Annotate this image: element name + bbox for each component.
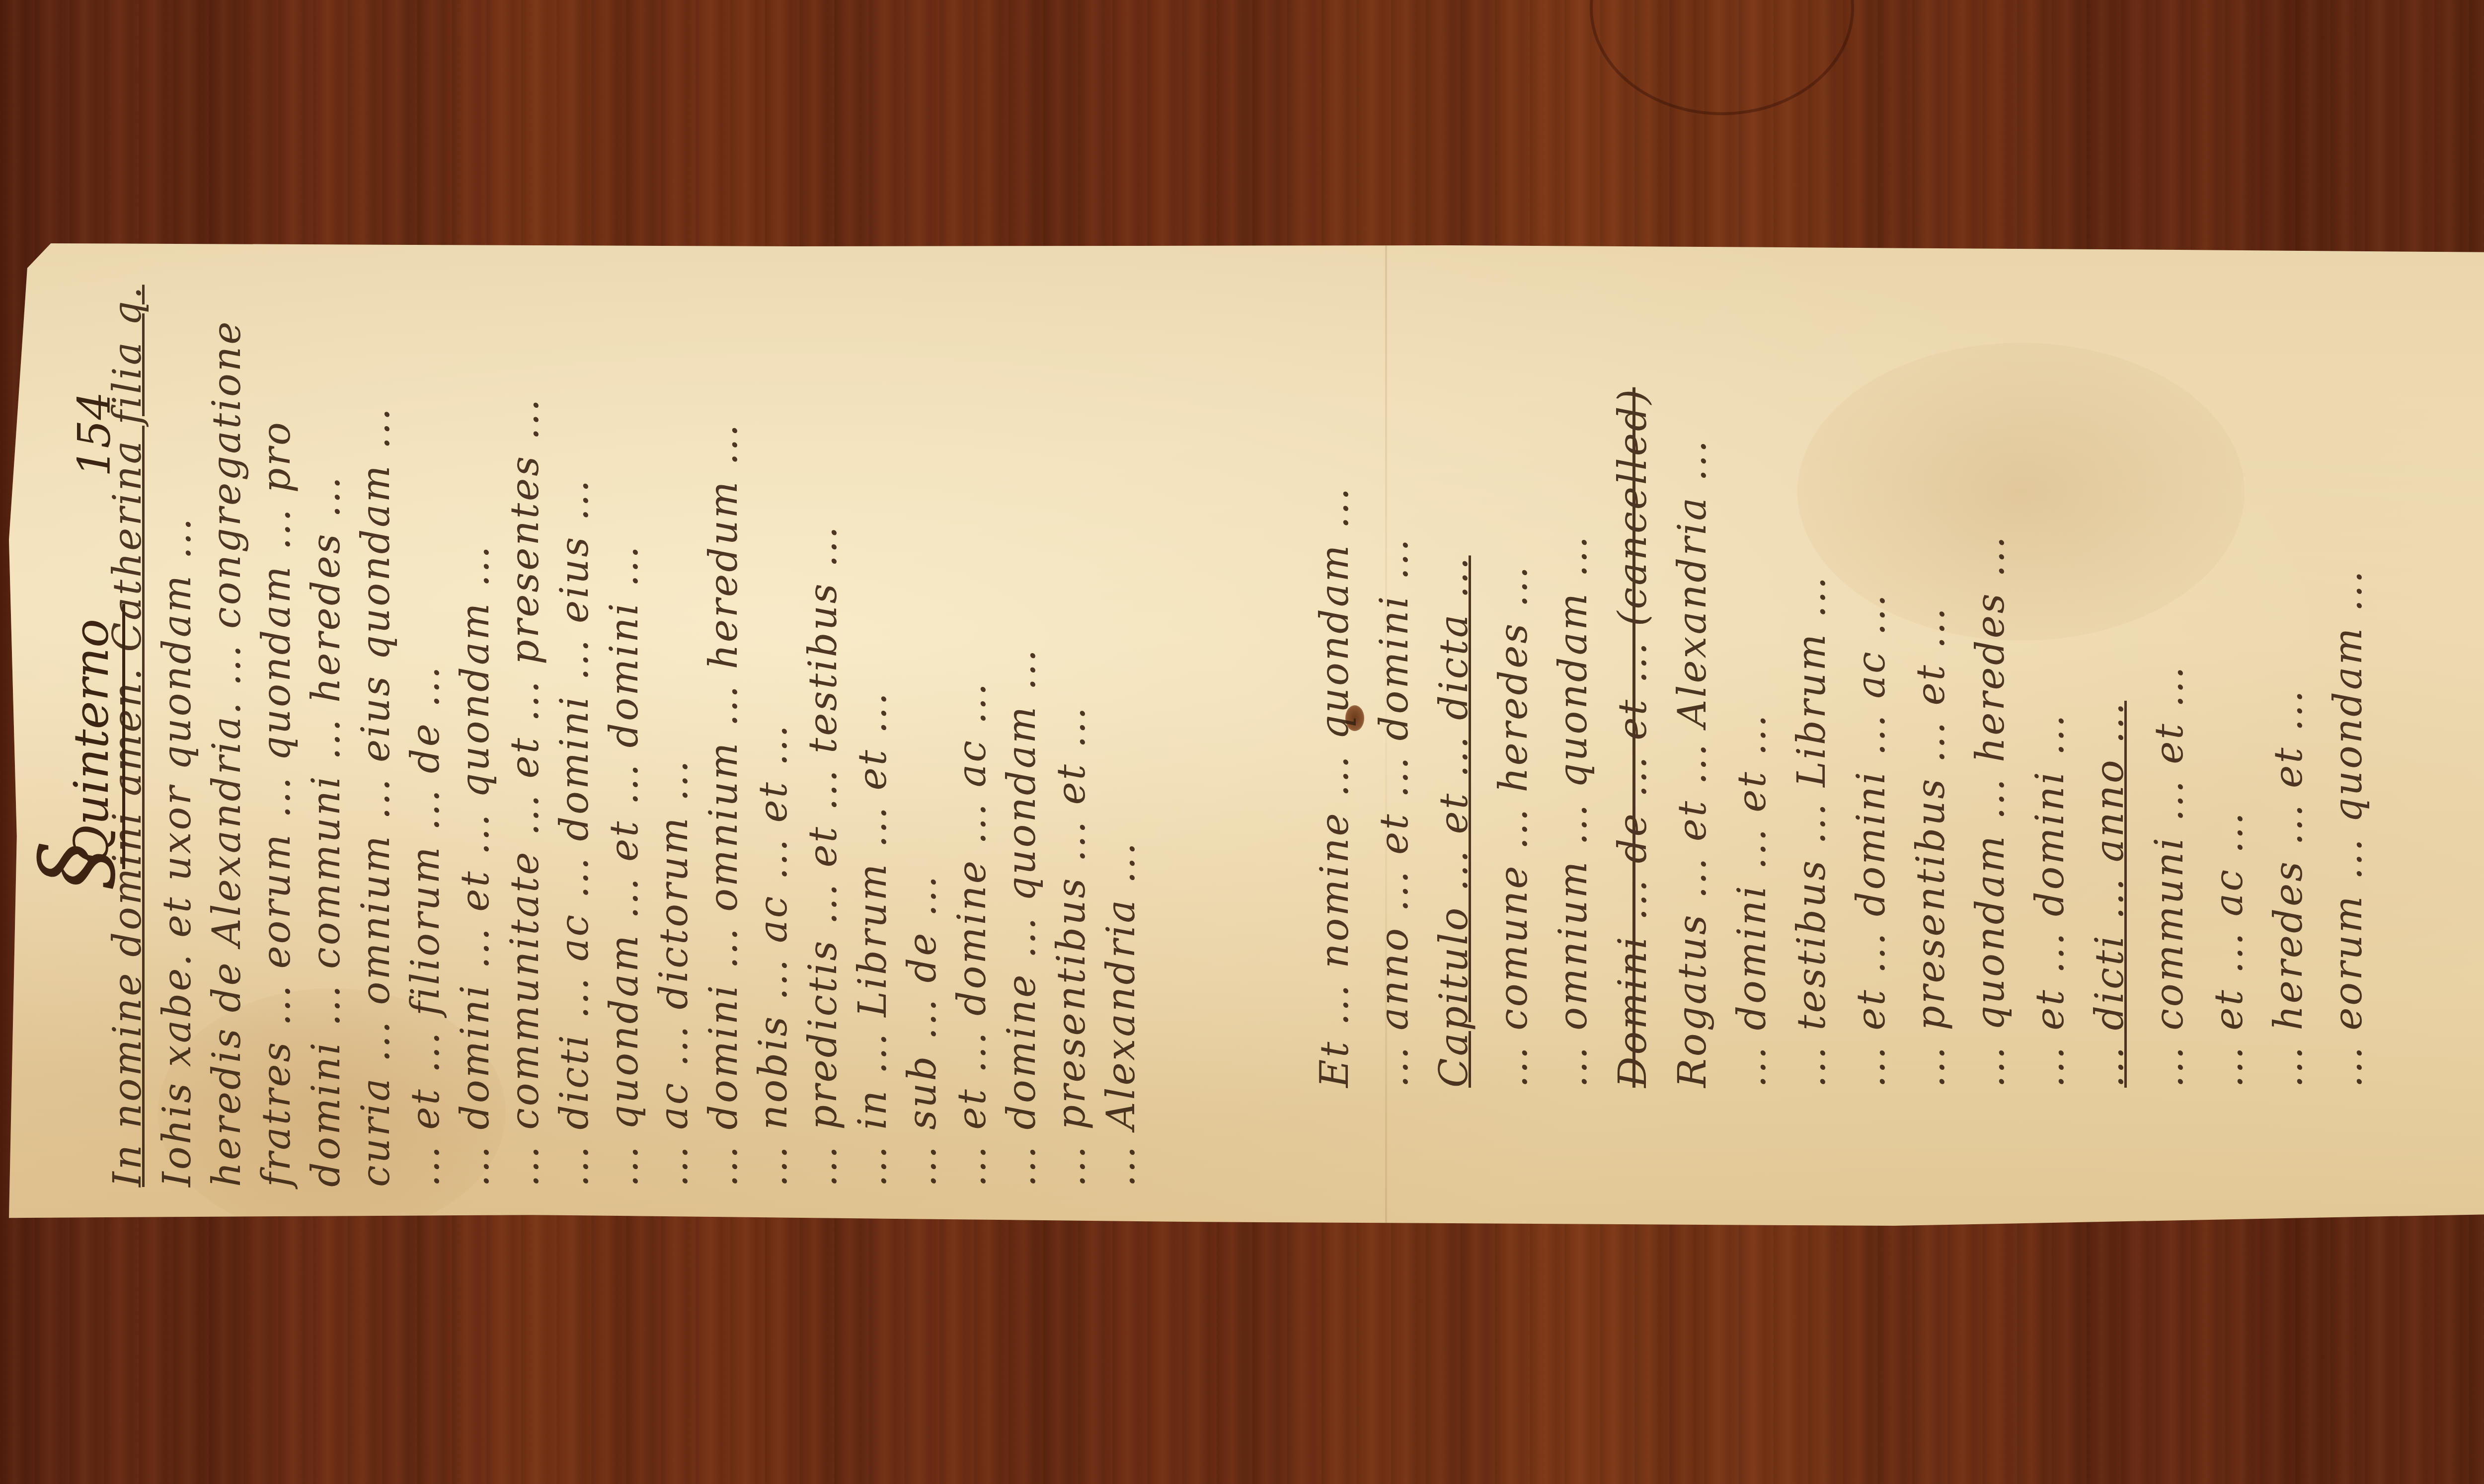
text-line: ... domini ... omnium ... heredum ...: [704, 422, 743, 1187]
text-line: ... quondam ... et ... domini ...: [605, 544, 644, 1187]
text-line: ... quondam ... heredes ...: [1971, 534, 2010, 1088]
text-line: ... anno ... et ... domini ...: [1375, 537, 1414, 1088]
text-line: ... et ... domini ... ac ...: [1852, 593, 1891, 1088]
text-line: Capitulo ... et ... dicta ...: [1435, 555, 1474, 1088]
text-line: ... heredes ... et ...: [2269, 688, 2308, 1088]
text-line: ... presentibus ... et ...: [1052, 705, 1091, 1187]
text-line: ... omnium ... quondam ...: [1554, 534, 1593, 1088]
text-line: ... et ... ac ...: [2210, 811, 2249, 1088]
text-line: ... presentibus ... et ...: [1912, 606, 1950, 1088]
text-line: ... et ... domine ... ac ...: [953, 681, 992, 1187]
text-line: ... eorum ... quondam ...: [2329, 569, 2368, 1088]
text-line: Iohis xabe. et uxor quondam ...: [158, 517, 197, 1187]
text-line: ... testibus ... Librum ...: [1792, 575, 1831, 1088]
text-line: curia ... omnium ... eius quondam ...: [357, 406, 395, 1187]
text-line: ... ac ... dictorum ...: [655, 758, 694, 1187]
text-line: ... dicti ... ac ... domini ... eius ...: [555, 478, 594, 1187]
wood-knot: [1590, 0, 1854, 115]
text-line: heredis de Alexandria. ... congregatione: [208, 320, 246, 1187]
text-line: ... domini ... et ... quondam ...: [456, 544, 495, 1187]
text-line: ... communitate ... et ... presentes ...: [506, 397, 544, 1187]
text-line: ... domine ... quondam ...: [1003, 648, 1041, 1187]
text-line: ... comune ... heredes ...: [1494, 564, 1533, 1088]
text-line: ... sub ... de ...: [903, 874, 942, 1187]
text-line: Rogatus ... et ... Alexandria ...: [1673, 439, 1712, 1088]
text-line: ... predictis ... et ... testibus ...: [804, 524, 843, 1187]
text-line: domini ... communi ... heredes ...: [307, 475, 346, 1187]
text-line: ... dicti ... anno ...: [2091, 701, 2129, 1088]
text-line: ... communi ... et ...: [2150, 665, 2189, 1088]
text-line-cancelled: Domini ... de ... et ... (cancelled): [1614, 387, 1652, 1088]
text-line: ... domini ... et ...: [1733, 713, 1772, 1088]
text-line: fratres ... eorum ... quondam ... pro: [257, 420, 296, 1187]
text-line: ... et ... domini ...: [2031, 713, 2070, 1088]
text-line: ... et ... filiorum ... de ...: [406, 665, 445, 1187]
manuscript-page: § Quinterno 154 In nomine domini amen. C…: [9, 243, 2484, 1232]
text-line: ... nobis ... ac ... et ...: [754, 723, 793, 1187]
text-line: ... in ... Librum ... et ...: [854, 691, 892, 1187]
text-line: Et ... nomine ... quondam ...: [1316, 486, 1354, 1088]
text-line: ... Alexandria ...: [1102, 841, 1141, 1187]
text-line: In nomine domini amen. Catherina filia q…: [108, 285, 147, 1187]
